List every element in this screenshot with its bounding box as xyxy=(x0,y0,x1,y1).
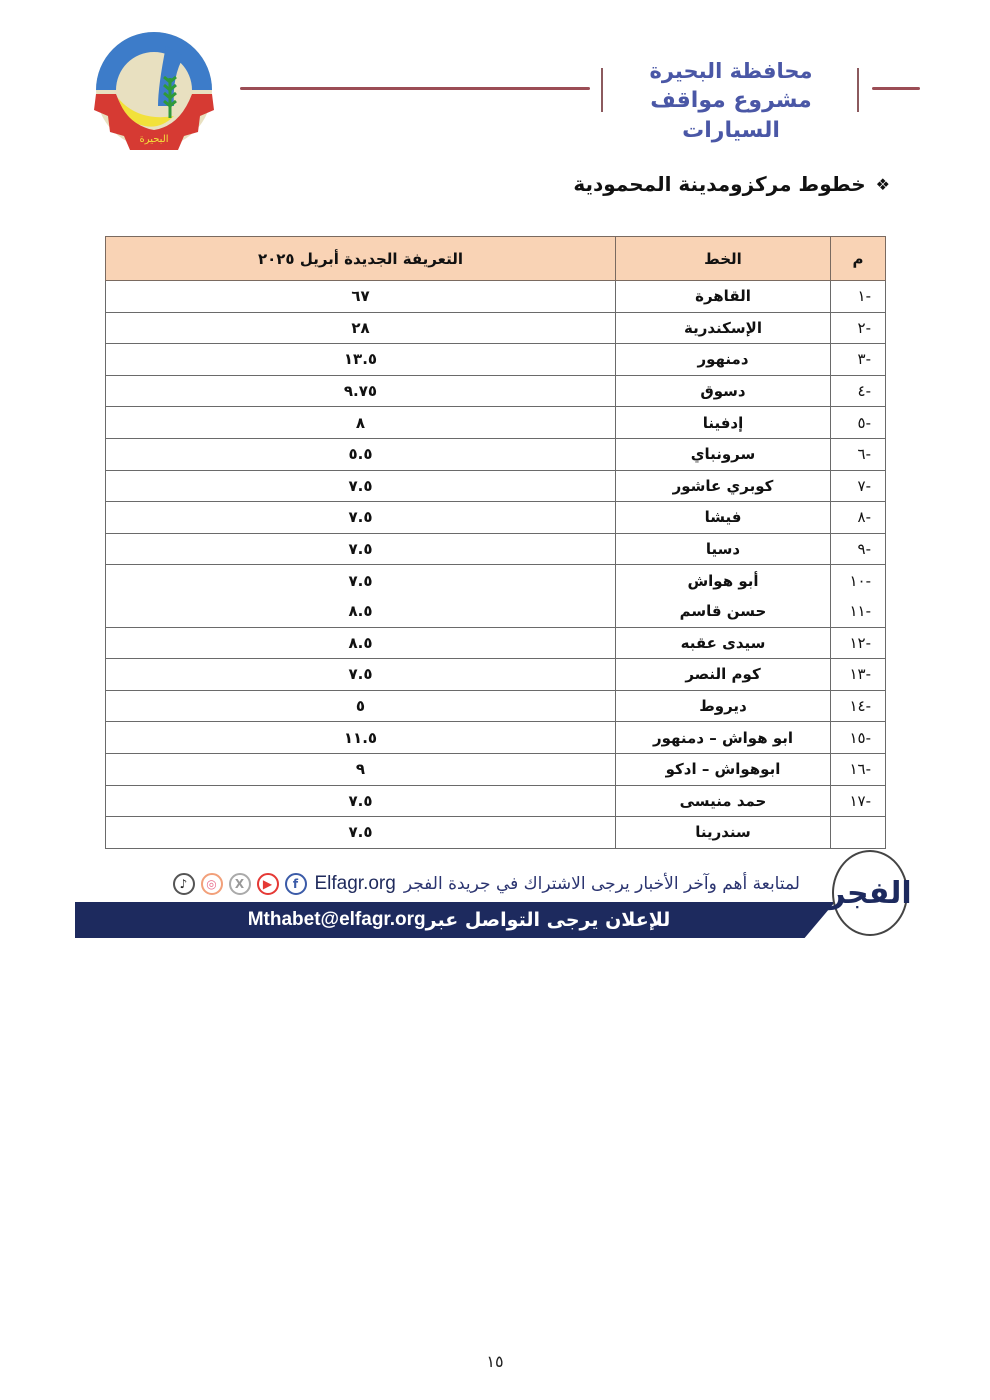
svg-text:البحيرة: البحيرة xyxy=(139,134,168,145)
fare-value: ٨ xyxy=(106,407,616,439)
fare-value: ٩ xyxy=(106,753,616,785)
table-row: -١٢سيدى عقبه٨.٥ xyxy=(106,627,886,659)
fare-value: ١١.٥ xyxy=(106,722,616,754)
table-row: -٥إدفينا٨ xyxy=(106,407,886,439)
beheira-governorate-logo: البحيرة xyxy=(88,26,220,154)
fare-value: ٧.٥ xyxy=(106,470,616,502)
row-number xyxy=(831,817,886,849)
table-header-row: م الخط التعريفة الجديدة أبريل ٢٠٢٥ xyxy=(106,237,886,281)
row-number: -٩ xyxy=(831,533,886,565)
row-number: -١ xyxy=(831,281,886,313)
table-row: -٢الإسكندرية٢٨ xyxy=(106,312,886,344)
elfagr-logo-text: الفجر xyxy=(828,876,911,911)
fare-value: ٢٨ xyxy=(106,312,616,344)
fares-table-container: م الخط التعريفة الجديدة أبريل ٢٠٢٥ -١الق… xyxy=(105,236,886,864)
fares-table: م الخط التعريفة الجديدة أبريل ٢٠٢٥ -١الق… xyxy=(105,236,886,849)
ad-email[interactable]: Mthabet@elfagr.org xyxy=(248,909,426,931)
header-num: م xyxy=(831,237,886,281)
table-row: -٨فيشا٧.٥ xyxy=(106,502,886,534)
table-row: -٤دسوق٩.٧٥ xyxy=(106,375,886,407)
table-row: -١١حسن قاسم٨.٥ xyxy=(106,596,886,627)
page-number: ١٥ xyxy=(0,1352,990,1371)
fare-value: ٦٧ xyxy=(106,281,616,313)
table-row: -١٠أبو هواش٧.٥ xyxy=(106,565,886,596)
route-name: ابو هواش – دمنهور xyxy=(616,722,831,754)
route-name: الإسكندرية xyxy=(616,312,831,344)
route-name: ديروط xyxy=(616,690,831,722)
tiktok-icon[interactable]: ♪ xyxy=(173,873,195,895)
x-icon[interactable]: X xyxy=(229,873,251,895)
facebook-icon[interactable]: f xyxy=(285,873,307,895)
fare-value: ٧.٥ xyxy=(106,659,616,691)
route-name: كوم النصر xyxy=(616,659,831,691)
route-name: أبو هواش xyxy=(616,565,831,596)
route-name: القاهرة xyxy=(616,281,831,313)
fare-value: ٧.٥ xyxy=(106,533,616,565)
row-number: -٦ xyxy=(831,438,886,470)
fare-value: ٨.٥ xyxy=(106,627,616,659)
route-name: حمد منيسى xyxy=(616,785,831,817)
row-number: -١٦ xyxy=(831,753,886,785)
subscribe-text: لمتابعة أهم وآخر الأخبار يرجى الاشتراك ف… xyxy=(404,874,800,894)
route-name: دمنهور xyxy=(616,344,831,376)
table-row: -١٧حمد منيسى٧.٥ xyxy=(106,785,886,817)
fare-value: ٨.٥ xyxy=(106,596,616,627)
fare-value: ٩.٧٥ xyxy=(106,375,616,407)
diamond-bullet-icon: ❖ xyxy=(876,175,890,194)
fare-value: ٥.٥ xyxy=(106,438,616,470)
row-number: -١٣ xyxy=(831,659,886,691)
table-row: -٩دسيا٧.٥ xyxy=(106,533,886,565)
header-title-block: محافظة البحيرة مشروع مواقف السيارات xyxy=(606,56,856,146)
elfagr-logo: الفجر xyxy=(832,850,908,936)
table-row: -١القاهرة٦٧ xyxy=(106,281,886,313)
header-rule-left xyxy=(240,87,590,90)
header-rule-right xyxy=(872,87,920,90)
fare-value: ٧.٥ xyxy=(106,502,616,534)
header-line: الخط xyxy=(616,237,831,281)
row-number: -٨ xyxy=(831,502,886,534)
route-name: إدفينا xyxy=(616,407,831,439)
header-divider xyxy=(857,68,859,112)
site-link[interactable]: Elfagr.org xyxy=(315,873,396,895)
row-number: -٤ xyxy=(831,375,886,407)
route-name: سندرينا xyxy=(616,817,831,849)
fare-value: ٥ xyxy=(106,690,616,722)
fare-value: ٧.٥ xyxy=(106,785,616,817)
advertising-bar: للإعلان يرجى التواصل عبر Mthabet@elfagr.… xyxy=(75,902,835,938)
header-fare: التعريفة الجديدة أبريل ٢٠٢٥ xyxy=(106,237,616,281)
row-number: -١١ xyxy=(831,596,886,627)
fare-value: ١٣.٥ xyxy=(106,344,616,376)
table-row: -٧كوبري عاشور٧.٥ xyxy=(106,470,886,502)
route-name: سيدى عقبه xyxy=(616,627,831,659)
route-name: دسيا xyxy=(616,533,831,565)
row-number: -٢ xyxy=(831,312,886,344)
route-name: حسن قاسم xyxy=(616,596,831,627)
table-row: -١٤ديروط٥ xyxy=(106,690,886,722)
table-row: سندرينا٧.٥ xyxy=(106,817,886,849)
section-title: خطوط مركزومدينة المحمودية xyxy=(573,172,865,196)
youtube-icon[interactable]: ▶ xyxy=(257,873,279,895)
row-number: -١٠ xyxy=(831,565,886,596)
header-divider xyxy=(601,68,603,112)
subscribe-banner: لمتابعة أهم وآخر الأخبار يرجى الاشتراك ف… xyxy=(80,868,800,900)
fare-value: ٧.٥ xyxy=(106,565,616,596)
social-icons: ♪ ◎ X ▶ f xyxy=(173,873,307,895)
fare-value: ٧.٥ xyxy=(106,817,616,849)
row-number: -٧ xyxy=(831,470,886,502)
row-number: -٥ xyxy=(831,407,886,439)
project-name: مشروع مواقف السيارات xyxy=(606,86,856,146)
row-number: -١٤ xyxy=(831,690,886,722)
route-name: سرونباي xyxy=(616,438,831,470)
instagram-icon[interactable]: ◎ xyxy=(201,873,223,895)
row-number: -١٢ xyxy=(831,627,886,659)
row-number: -١٧ xyxy=(831,785,886,817)
row-number: -٣ xyxy=(831,344,886,376)
table-row: -٣دمنهور١٣.٥ xyxy=(106,344,886,376)
section-heading: ❖ خطوط مركزومدينة المحمودية xyxy=(573,172,890,196)
table-row: -٦سرونباي٥.٥ xyxy=(106,438,886,470)
ad-contact-text: للإعلان يرجى التواصل عبر xyxy=(426,909,671,931)
route-name: كوبري عاشور xyxy=(616,470,831,502)
row-number: -١٥ xyxy=(831,722,886,754)
table-row: -١٦ابوهواش – ادكو٩ xyxy=(106,753,886,785)
table-row: -١٣كوم النصر٧.٥ xyxy=(106,659,886,691)
governorate-name: محافظة البحيرة xyxy=(606,56,856,86)
route-name: دسوق xyxy=(616,375,831,407)
route-name: ابوهواش – ادكو xyxy=(616,753,831,785)
route-name: فيشا xyxy=(616,502,831,534)
table-row: -١٥ابو هواش – دمنهور١١.٥ xyxy=(106,722,886,754)
